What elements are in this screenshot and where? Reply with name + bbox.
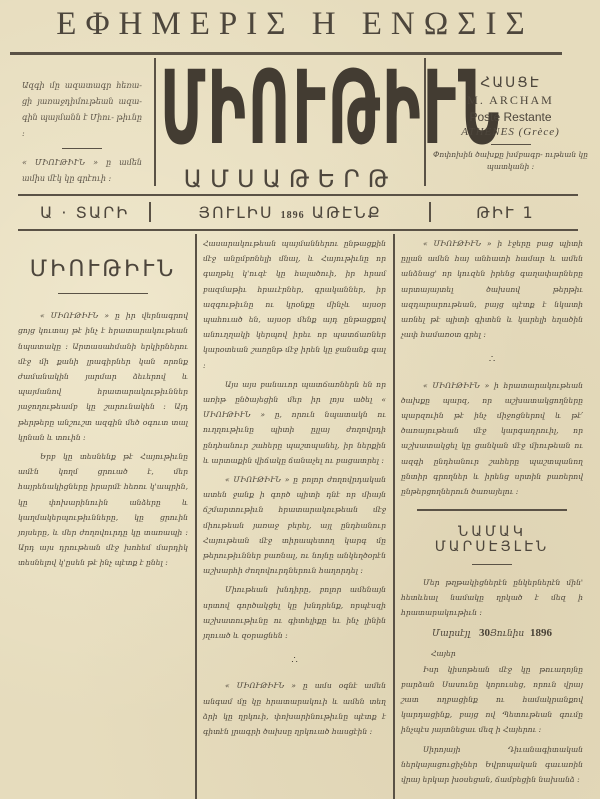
dateline: Ա · ՏԱՐԻ ՅՈՒԼԻՍ 1896 ԱԹԷՆՔ ԹԻՒ 1 xyxy=(20,198,580,226)
paragraph: « ՄԻՈՒԹԻՒՆ » ը իր վերնագրով ցոյց կուտայ … xyxy=(18,308,188,445)
letter-heading: ՆԱՄԱԿ ՄԱՐՍԷՅԼԷՆ xyxy=(401,525,583,555)
dateline-top-rule xyxy=(18,194,578,196)
paragraph: Հասարակութեան պայմաններու ընթացքին մէջ ա… xyxy=(203,236,386,373)
notice-text-1: Ազգի մը ազատագր հեռա- ցի յառաջդիմութեան … xyxy=(22,78,142,142)
paragraph: « ՄԻՈՒԹԻՒՆ » ի հրատարակութեան ծախքը պարզ… xyxy=(401,378,583,500)
column-right: « ՄԻՈՒԹԻՒՆ » ի էջերը բաց պիտի ըլլան ամեն… xyxy=(401,236,583,791)
section-separator-stars: ∴ xyxy=(203,653,386,668)
address-block: ՀԱՍՑԷ M. ARCHAM Poste Restante ATHENES (… xyxy=(428,75,593,173)
column-left-heading: ՄԻՈՒԹԻՒՆ xyxy=(18,262,188,277)
heading-separator xyxy=(58,293,148,294)
letter-intro: Մեր թղթակիցներէն ընկերներէն մին' հետևեալ… xyxy=(401,575,583,621)
dateline-city: ԱԹԷՆՔ xyxy=(312,203,382,222)
dateline-bottom-rule xyxy=(18,229,578,231)
paragraph: « ՄԻՈՒԹԻՒՆ » ը ամս օգնէ ամեն անգամ մը կը… xyxy=(203,678,386,739)
letter-paragraph: Իսր կիսոթեան մէջ կը թուաղոյնը բարձան Սաս… xyxy=(401,662,583,738)
letter-date-place: Մարսէյլ xyxy=(432,629,470,639)
heading-separator xyxy=(472,564,512,565)
notice-separator xyxy=(62,148,102,149)
dateline-date: ՅՈՒԼԻՍ 1896 ԱԹԷՆՔ xyxy=(151,203,430,222)
dateline-year: 1896 xyxy=(281,210,305,221)
paragraph: Երբ կը տեսնենք թէ Հայութիւնը ամէն կողմ ց… xyxy=(18,449,188,571)
paragraph: « ՄԻՈՒԹԻՒՆ » ը բոլոր ժողովրդական ատեն ջա… xyxy=(203,472,386,578)
dateline-year-label: Ա · ՏԱՐԻ xyxy=(20,203,149,222)
address-note: Փոփոխին ծախքը խմբագր- ութեան կը պատկանի … xyxy=(428,149,593,173)
paragraph: « ՄԻՈՒԹԻՒՆ » ի էջերը բաց պիտի ըլլան ամեն… xyxy=(401,236,583,342)
column-left: ՄԻՈՒԹԻՒՆ « ՄԻՈՒԹԻՒՆ » ը իր վերնագրով ցոյ… xyxy=(18,240,188,575)
address-poste: Poste Restante xyxy=(428,110,593,124)
masthead-title: ՄԻՈՒԹԻՒՆ xyxy=(160,57,420,159)
masthead-subtitle: ԱՄՍԱԹԵՐԹ xyxy=(160,165,420,193)
letter-paragraph: Սիրոյայի Դիւանագիտական ներկայացուցիչներ … xyxy=(401,742,583,788)
letter-date: Մարսէյլ 30Յունիս 1896 xyxy=(401,626,583,642)
address-city: ATHENES (Grèce) xyxy=(428,126,593,138)
dateline-issue: ԹԻՒ 1 xyxy=(431,203,580,222)
address-separator xyxy=(491,144,531,145)
masthead: ՄԻՈՒԹԻՒՆ ԱՄՍԱԹԵՐԹ xyxy=(160,55,420,193)
column-middle: Հասարակութեան պայմաններու ընթացքին մէջ ա… xyxy=(203,236,386,743)
letter-salutation: Հայեր xyxy=(401,646,583,661)
section-separator-stars: ∴ xyxy=(401,352,583,367)
letter-date-year: 1896 xyxy=(530,627,552,639)
address-name: M. ARCHAM xyxy=(428,93,593,108)
address-label: ՀԱՍՑԷ xyxy=(428,75,593,91)
greek-title: ΕΦΗΜΕΡΙΣ Η ΕΝΩΣΙΣ xyxy=(30,6,560,43)
left-notice: Ազգի մը ազատագր հեռա- ցի յառաջդիմութեան … xyxy=(22,78,142,187)
letter-date-month: Յունիս xyxy=(490,629,524,639)
masthead-left-divider xyxy=(154,58,156,186)
section-rule xyxy=(417,509,567,511)
column-divider-1 xyxy=(195,234,197,799)
dateline-month: ՅՈՒԼԻՍ xyxy=(198,203,273,222)
paragraph: Միութեան խնդիրը, բոլոր ամենայն սրտով գոր… xyxy=(203,582,386,643)
letter-date-day: 30 xyxy=(479,627,490,639)
paragraph: Այս այս բանաւոր պատճառներն են որ առիթ ըն… xyxy=(203,377,386,468)
column-divider-2 xyxy=(393,234,395,799)
notice-text-2: « ՄԻՈՒԹԻՒՆ » ը ամեն ամիս մէկ կը գրէուի ։ xyxy=(22,155,142,187)
